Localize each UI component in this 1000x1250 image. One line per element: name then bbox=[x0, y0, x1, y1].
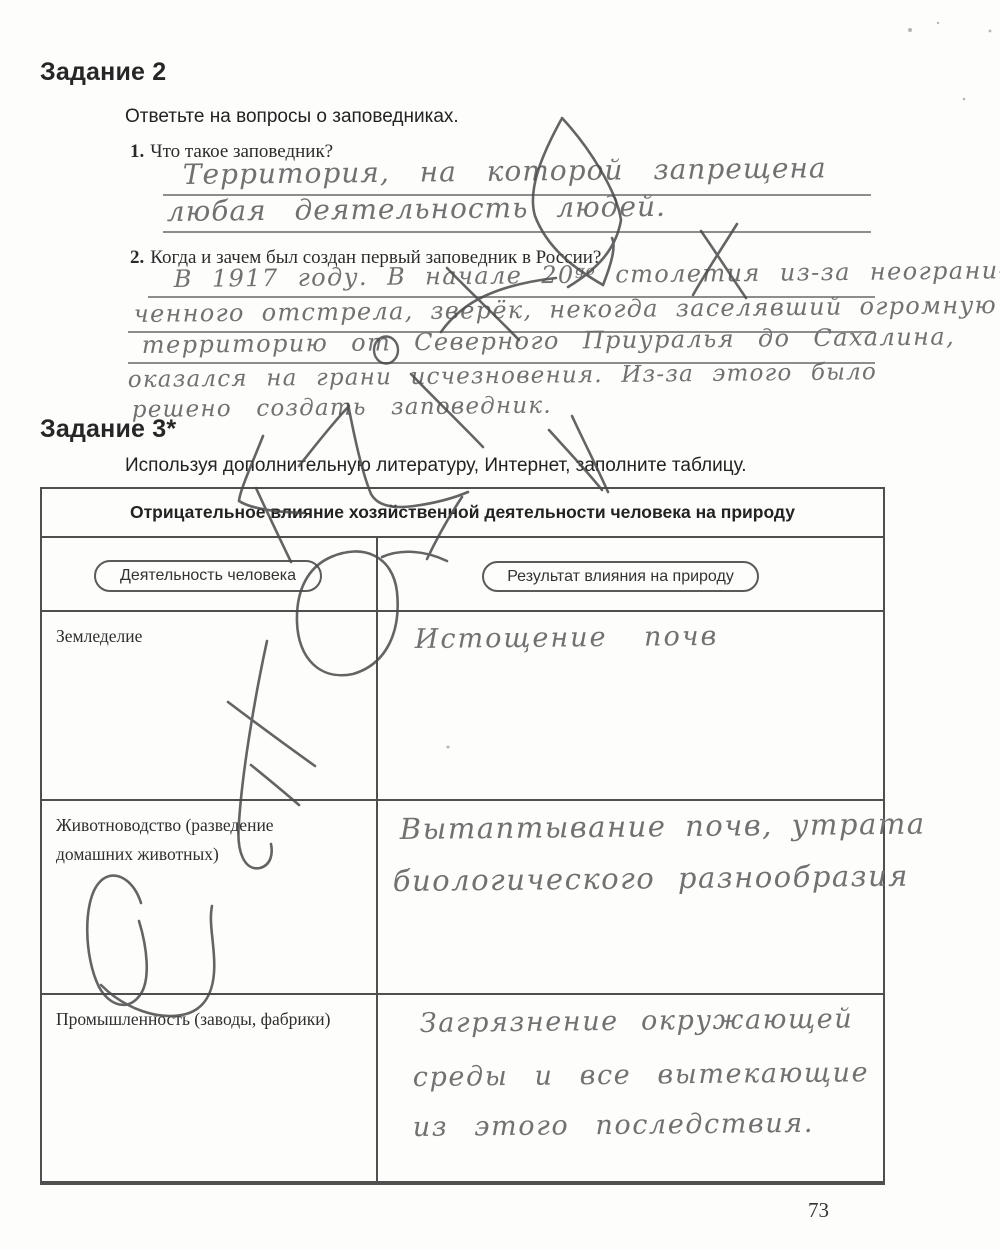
answer-line-q1-2: любая деятельность людей. bbox=[163, 196, 871, 233]
table-title: Отрицательное влияние хозяйственной деят… bbox=[42, 489, 883, 538]
ink-speck bbox=[908, 28, 912, 32]
question-2-number: 2. bbox=[130, 247, 144, 268]
result-cell: Загрязнение окружающей среды и все вытек… bbox=[378, 995, 883, 1181]
handwritten-answer: оказался на грани исчезновения. Из-за эт… bbox=[128, 359, 877, 393]
handwritten-result: из этого последствия. bbox=[413, 1108, 814, 1143]
result-cell: Вытаптывание почв, утрата биологического… bbox=[378, 801, 883, 993]
page-number: 73 bbox=[808, 1198, 829, 1223]
activity-cell: Земледелие bbox=[56, 622, 341, 651]
handwritten-answer: любая деятельность людей. bbox=[167, 190, 666, 228]
table-row-industry: Промышленность (заводы, фабрики) Загрязн… bbox=[42, 995, 883, 1183]
handwritten-result: среды и все вытекающие bbox=[413, 1057, 870, 1093]
handwritten-result: Вытаптывание почв, утрата bbox=[400, 806, 926, 846]
activity-cell: Промышленность (заводы, фабрики) bbox=[56, 1005, 341, 1034]
activity-cell: Животноводство (разведение домашних живо… bbox=[56, 811, 341, 869]
result-cell: Истощение почв bbox=[378, 612, 883, 799]
question-1-number: 1. bbox=[130, 141, 144, 162]
handwritten-answer: В 1917 году. В начале 20ᵍᵒ столетия из-з… bbox=[174, 256, 1000, 293]
activity-column-pill: Деятельность человека bbox=[94, 560, 322, 592]
ink-speck bbox=[937, 22, 939, 24]
handwritten-result: Истощение почв bbox=[415, 621, 719, 655]
result-column-pill: Результат влияния на природу bbox=[482, 561, 759, 592]
answer-line-q1-1: Территория, на которой запрещена bbox=[163, 156, 871, 196]
table-row-livestock: Животноводство (разведение домашних живо… bbox=[42, 801, 883, 995]
ink-speck bbox=[963, 98, 966, 101]
task3-instruction: Используя дополнительную литературу, Инт… bbox=[125, 455, 746, 477]
handwritten-result: биологического разнообразия bbox=[393, 859, 909, 898]
table-row-agriculture: Земледелие Истощение почв bbox=[42, 612, 883, 801]
workbook-page: Задание 2 Ответьте на вопросы о заповедн… bbox=[0, 0, 1000, 1250]
handwritten-answer: решено создать заповедник. bbox=[132, 393, 552, 423]
handwritten-answer: Территория, на которой запрещена bbox=[183, 151, 827, 191]
answer-line-q2-5: решено создать заповедник. bbox=[126, 396, 873, 426]
task2-instruction: Ответьте на вопросы о заповедниках. bbox=[125, 106, 459, 128]
handwritten-result: Загрязнение окружающей bbox=[420, 1003, 854, 1039]
influence-table: Отрицательное влияние хозяйственной деят… bbox=[40, 487, 885, 1185]
column-divider bbox=[376, 538, 378, 1183]
ink-speck bbox=[989, 30, 992, 33]
table-header-row: Деятельность человека Результат влияния … bbox=[42, 538, 883, 612]
task3-heading: Задание 3* bbox=[40, 415, 176, 444]
scribble-stroke bbox=[572, 416, 608, 492]
answer-line-q2-4: оказался на грани исчезновения. Из-за эт… bbox=[126, 366, 873, 396]
task2-heading: Задание 2 bbox=[40, 58, 166, 87]
